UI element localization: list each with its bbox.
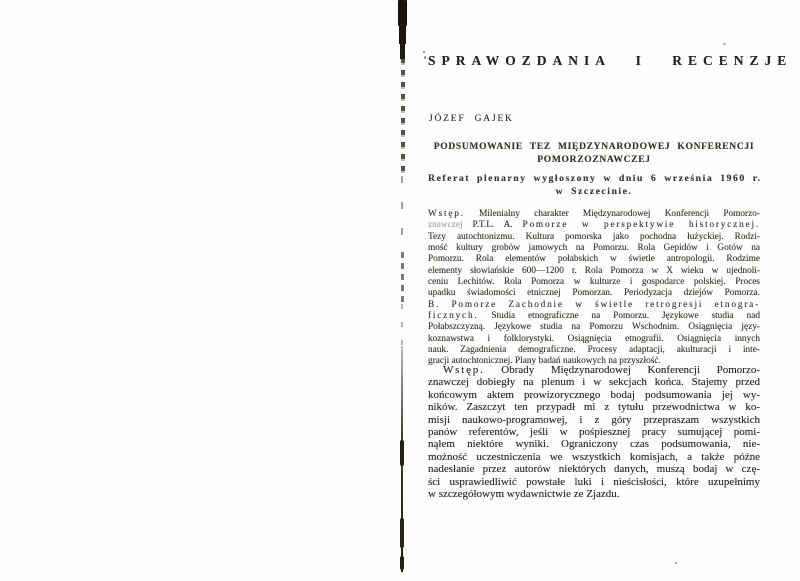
scan-speck <box>423 51 425 53</box>
text-line: Wstęp. Milenialny charakter Międzynarodo… <box>428 209 760 220</box>
text-segment: możność uczestniczenia we wszystkich kom… <box>428 451 760 463</box>
subtitle-line2: w Szczecinie. <box>428 186 760 197</box>
text-line: elementy słowiańskie 600—1200 r. Rola Po… <box>428 266 760 277</box>
text-line: panów referentów, jeśli w pośpiesznej pr… <box>428 426 760 438</box>
text-segment: Połabszczyzną. Językowe studia na Pomorz… <box>428 322 760 332</box>
text-segment: Milenialny charakter Międzynarodowej Kon… <box>465 209 760 219</box>
text-segment: Studia etnograficzne na Pomorzu. Językow… <box>479 311 760 321</box>
article-title: PODSUMOWANIE TEZ MIĘDZYNARODOWEJ KONFERE… <box>428 141 760 167</box>
text-line: ników. Zaszczyt ten przypadł mi z tytułu… <box>428 401 760 413</box>
text-segment: elementy słowiańskie 600—1200 r. Rola Po… <box>428 266 760 276</box>
text-line: ści usprawiedliwić powstałe luki i nieśc… <box>428 476 760 488</box>
binding-edge-artifact <box>399 24 406 44</box>
text-segment: Pomorze w perspektywie historycznej. <box>523 220 761 230</box>
body-paragraph: Wstęp. Obrady Międzynarodowej Konferencj… <box>428 364 760 500</box>
text-segment: nauk. Zagadnienia demograficzne. Procesy… <box>428 345 760 355</box>
text-line: ficznych. Studia etnograficzne na Pomorz… <box>428 311 760 322</box>
text-line: koznawstwa i folklorystyki. Osiągnięcia … <box>428 334 760 345</box>
text-segment: nąłem niektóre wyniki. Ograniczony czas … <box>428 438 760 450</box>
text-line: nąłem niektóre wyniki. Ograniczony czas … <box>428 438 760 450</box>
text-line: mość kultury grobów jamowych na Pomorzu.… <box>428 243 760 254</box>
scan-speck <box>675 562 677 564</box>
text-segment: końcowym aktem prowizorycznego bodaj pod… <box>428 389 760 401</box>
text-segment: w szczegółowym wydawnictwie ze Zjazdu. <box>428 488 620 500</box>
subtitle-line1: Referat plenarny wygłoszony w dniu 6 wrz… <box>428 173 760 184</box>
text-line: nadesłanie przez autorów niektórych dany… <box>428 463 760 475</box>
article-title-line2: POMORZOZNAWCZEJ <box>428 154 760 167</box>
binding-edge-artifact <box>400 42 405 59</box>
text-line: Połabszczyzną. Językowe studia na Pomorz… <box>428 322 760 333</box>
text-segment: Tezy autochtonizmu. Kultura pomorska jak… <box>428 232 760 242</box>
text-line: możność uczestniczenia we wszystkich kom… <box>428 451 760 463</box>
text-line: upadku świadomości etnicznej Pomorzan. P… <box>428 288 760 299</box>
text-line: Wstęp. Obrady Międzynarodowej Konferencj… <box>428 364 760 376</box>
section-header: SPRAWOZDANIA I RECENZJE <box>428 53 760 69</box>
binding-edge-artifact <box>401 176 403 252</box>
text-segment: ników. Zaszczyt ten przypadł mi z tytułu… <box>428 401 760 413</box>
text-segment: upadku świadomości etnicznej Pomorzan. P… <box>428 288 760 298</box>
text-segment: ceniu Lechitów. Rola Pomorza w kulturze … <box>428 277 760 287</box>
text-segment: P.T.L. A. <box>463 220 523 230</box>
text-segment: misji naukowo-programowej, i z góry prze… <box>428 414 760 426</box>
scan-speck <box>424 56 426 59</box>
binding-edge-artifact <box>401 252 404 304</box>
binding-edge-artifact <box>400 556 404 570</box>
text-segment: ści usprawiedliwić powstałe luki i nieśc… <box>428 476 760 488</box>
binding-edge-artifact <box>400 518 404 548</box>
text-segment: ficznych. <box>428 311 479 321</box>
text-line: Tezy autochtonizmu. Kultura pomorska jak… <box>428 232 760 243</box>
text-line: ceniu Lechitów. Rola Pomorza w kulturze … <box>428 277 760 288</box>
text-line: znawczej dobiegły na plenum i w sekcjach… <box>428 376 760 388</box>
text-segment: Pomorzu. Rola elementów połabskich w świ… <box>428 254 760 264</box>
text-segment: Obrady Międzynarodowej Konferencji Pomor… <box>485 364 760 376</box>
text-line: końcowym aktem prowizorycznego bodaj pod… <box>428 389 760 401</box>
text-line: w szczegółowym wydawnictwie ze Zjazdu. <box>428 488 760 500</box>
article-title-line1: PODSUMOWANIE TEZ MIĘDZYNARODOWEJ KONFERE… <box>428 141 760 154</box>
text-line: nauk. Zagadnienia demograficzne. Procesy… <box>428 345 760 356</box>
binding-edge-artifact <box>400 440 404 466</box>
binding-edge-artifact <box>398 0 407 26</box>
text-segment: Wstęp. <box>443 364 485 376</box>
scanned-page: SPRAWOZDANIA I RECENZJE JÓZEF GAJEK PODS… <box>0 0 800 581</box>
binding-edge-artifact <box>401 58 405 176</box>
text-line: misji naukowo-programowej, i z góry prze… <box>428 414 760 426</box>
text-segment: koznawstwa i folklorystyki. Osiągnięcia … <box>428 334 760 344</box>
binding-edge-artifact <box>401 304 403 346</box>
text-segment: znawczej dobiegły na plenum i w sekcjach… <box>428 376 760 388</box>
text-line: Pomorzu. Rola elementów połabskich w świ… <box>428 254 760 265</box>
text-segment: panów referentów, jeśli w pośpiesznej pr… <box>428 426 760 438</box>
text-line: B. Pomorze Zachodnie w świetle retrogres… <box>428 300 760 311</box>
text-segment: B. Pomorze Zachodnie w świetle retrogres… <box>428 300 760 310</box>
text-line: znawczej P.T.L. A. Pomorze w perspektywi… <box>428 220 760 231</box>
text-segment: nadesłanie przez autorów niektórych dany… <box>428 463 760 475</box>
author-name: JÓZEF GAJEK <box>429 114 514 124</box>
text-segment: mość kultury grobów jamowych na Pomorzu.… <box>428 243 760 253</box>
scan-speck <box>723 43 726 45</box>
text-segment: Wstęp. <box>428 209 465 219</box>
abstract-block: Wstęp. Milenialny charakter Międzynarodo… <box>428 209 760 368</box>
text-segment: znawczej <box>428 220 463 230</box>
